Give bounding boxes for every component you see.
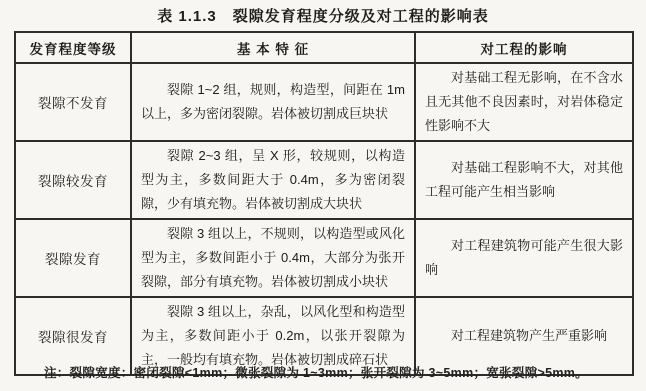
impact-cell: 对基础工程影响不大，对其他工程可能产生相当影响 xyxy=(415,141,633,219)
header-row: 发育程度等级 基 本 特 征 对工程的影响 xyxy=(15,32,633,63)
features-cell: 裂隙 2~3 组，呈 X 形，较规则，以构造型为主，多数间距大于 0.4m，多为… xyxy=(131,141,415,219)
table-row: 裂隙不发育 裂隙 1~2 组，规则，构造型，间距在 1m 以上，多为密闭裂隙。岩… xyxy=(15,63,633,141)
column-header-features: 基 本 特 征 xyxy=(131,32,415,63)
impact-cell: 对工程建筑物可能产生很大影响 xyxy=(415,219,633,297)
table-row: 裂隙发育 裂隙 3 组以上，不规则，以构造型或风化型为主，多数间距小于 0.4m… xyxy=(15,219,633,297)
column-header-level: 发育程度等级 xyxy=(15,32,131,63)
scanned-document-page: 表 1.1.3 裂隙发育程度分级及对工程的影响表 发育程度等级 基 本 特 征 … xyxy=(0,0,646,391)
features-cell: 裂隙 3 组以上，不规则，以构造型或风化型为主，多数间距小于 0.4m，大部分为… xyxy=(131,219,415,297)
table-row: 裂隙较发育 裂隙 2~3 组，呈 X 形，较规则，以构造型为主，多数间距大于 0… xyxy=(15,141,633,219)
impact-cell: 对基础工程无影响，在不含水且无其他不良因素时，对岩体稳定性影响不大 xyxy=(415,63,633,141)
fissure-development-table: 发育程度等级 基 本 特 征 对工程的影响 裂隙不发育 裂隙 1~2 组，规则，… xyxy=(14,31,634,376)
column-header-impact: 对工程的影响 xyxy=(415,32,633,63)
level-cell: 裂隙不发育 xyxy=(15,63,131,141)
features-cell: 裂隙 1~2 组，规则，构造型，间距在 1m 以上，多为密闭裂隙。岩体被切割成巨… xyxy=(131,63,415,141)
level-cell: 裂隙较发育 xyxy=(15,141,131,219)
table-title: 表 1.1.3 裂隙发育程度分级及对工程的影响表 xyxy=(0,5,646,26)
table-footnote: 注：裂隙宽度：密闭裂隙<1mm；微张裂隙为 1~3mm；张开裂隙为 3~5mm；… xyxy=(44,363,639,381)
level-cell: 裂隙发育 xyxy=(15,219,131,297)
